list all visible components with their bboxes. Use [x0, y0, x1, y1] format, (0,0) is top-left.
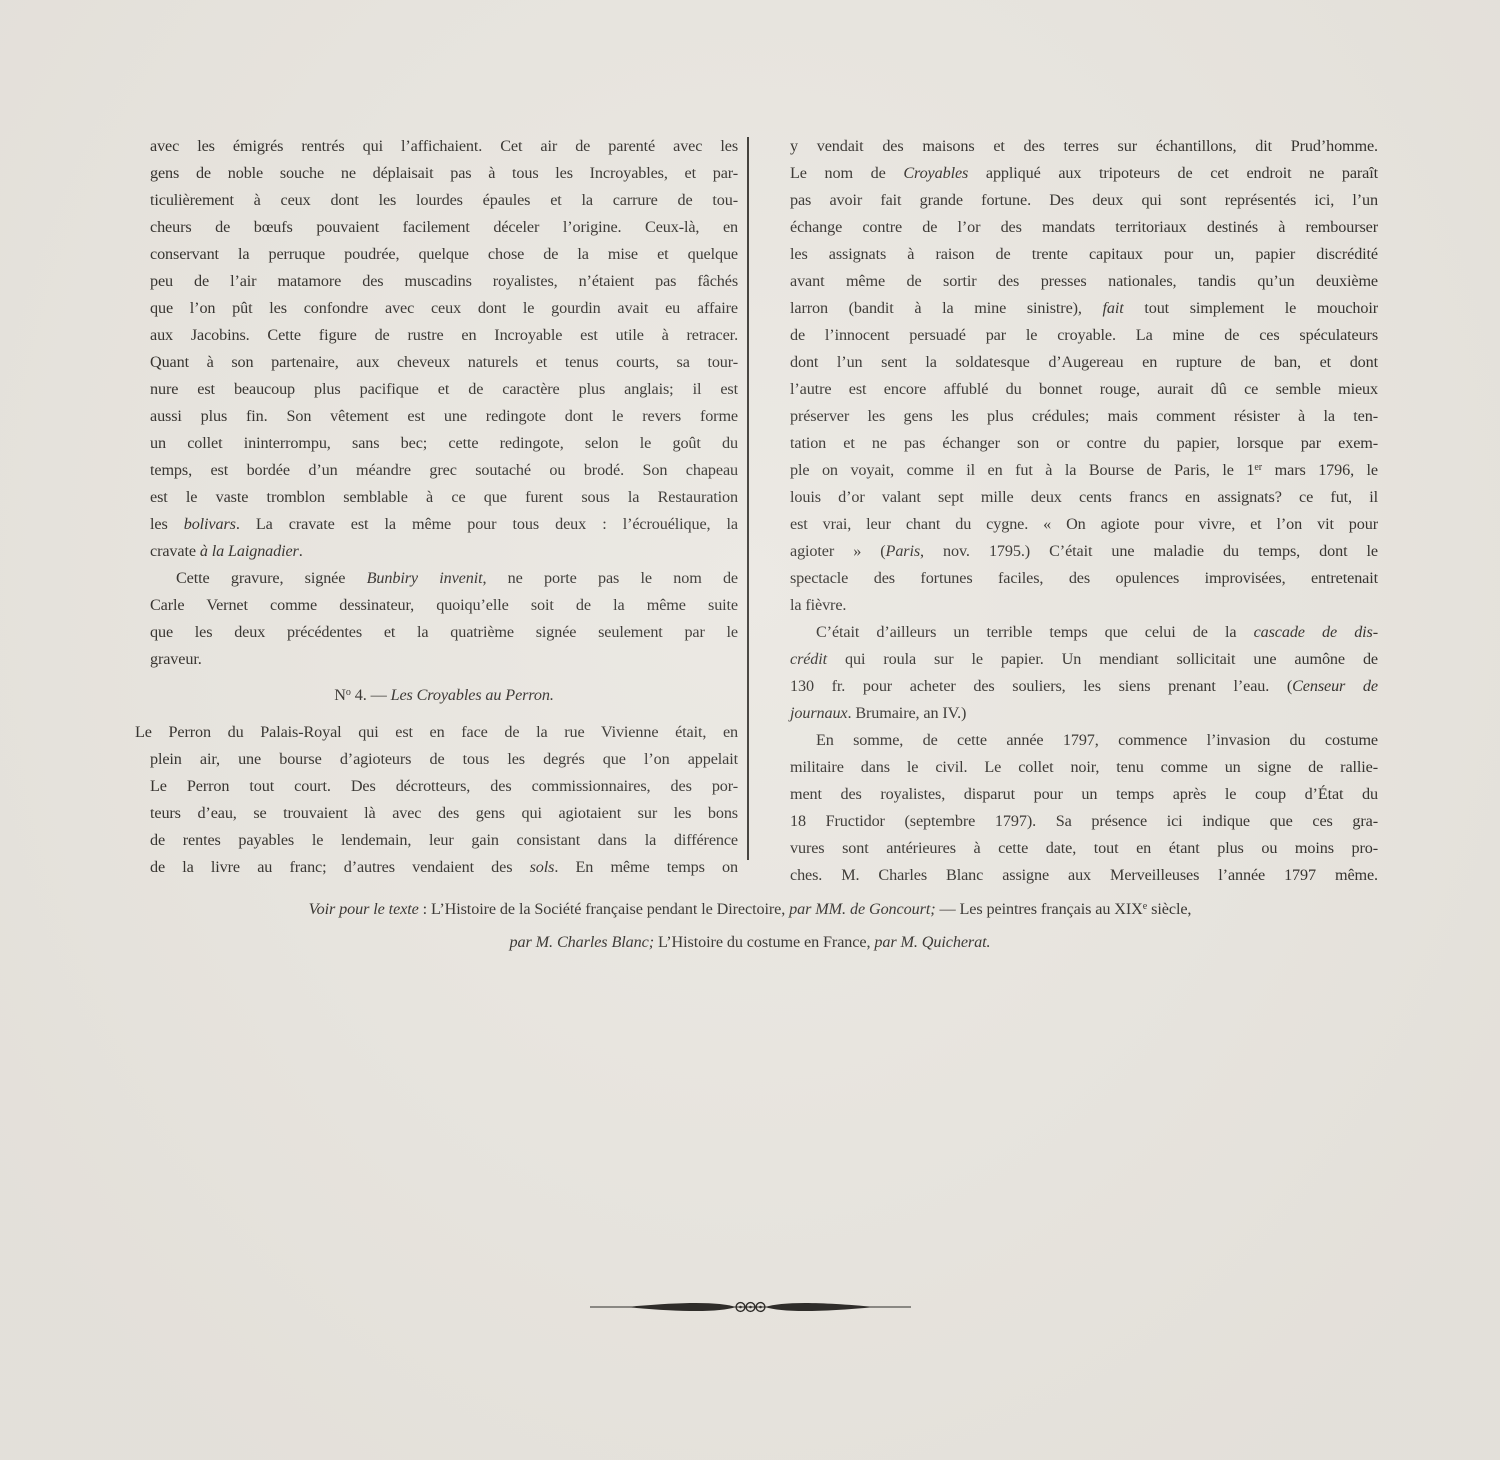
- text-line: tation et ne pas échanger son or contre …: [790, 430, 1378, 457]
- right-text-column: y vendait des maisons et des terres sur …: [790, 133, 1378, 889]
- text-line: vures sont antérieures à cette date, tou…: [790, 835, 1378, 862]
- text-line: ches. M. Charles Blanc assigne aux Merve…: [790, 862, 1378, 889]
- text-line: temps, est bordée d’un méandre grec sout…: [150, 457, 738, 484]
- text-line: de rentes payables le lendemain, leur ga…: [150, 827, 738, 854]
- text-line: louis d’or valant sept mille deux cents …: [790, 484, 1378, 511]
- text-line: nure est beaucoup plus pacifique et de c…: [150, 376, 738, 403]
- bibliography-footnote: Voir pour le texte : L’Histoire de la So…: [150, 893, 1350, 959]
- text-line: préserver les gens les plus crédules; ma…: [790, 403, 1378, 430]
- text-line: C’était d’ailleurs un terrible temps que…: [790, 619, 1378, 646]
- text-line: gens de noble souche ne déplaisait pas à…: [150, 160, 738, 187]
- text-line: cravate à la Laignadier.: [150, 538, 738, 565]
- text-line: que les deux précédentes et la quatrième…: [150, 619, 738, 646]
- text-line: crédit qui roula sur le papier. Un mendi…: [790, 646, 1378, 673]
- text-line: journaux. Brumaire, an IV.): [790, 700, 1378, 727]
- text-line: peu de l’air matamore des muscadins roya…: [150, 268, 738, 295]
- text-line: avant même de sortir des presses nationa…: [790, 268, 1378, 295]
- text-line: agioter » (Paris, nov. 1795.) C’était un…: [790, 538, 1378, 565]
- text-line: y vendait des maisons et des terres sur …: [790, 133, 1378, 160]
- column-divider-rule: [747, 137, 749, 860]
- text-line: 18 Fructidor (septembre 1797). Sa présen…: [790, 808, 1378, 835]
- text-line: est le vaste tromblon semblable à ce que…: [150, 484, 738, 511]
- text-line: plein air, une bourse d’agioteurs de tou…: [150, 746, 738, 773]
- paragraph: En somme, de cette année 1797, commence …: [790, 727, 1378, 889]
- text-line: l’autre est encore affublé du bonnet rou…: [790, 376, 1378, 403]
- continued-paragraph: avec les émigrés rentrés qui l’affichaie…: [150, 133, 738, 565]
- paragraph: C’était d’ailleurs un terrible temps que…: [790, 619, 1378, 727]
- paragraph: Cette gravure, signée Bunbiry invenit, n…: [150, 565, 738, 673]
- text-line: cheurs de bœufs pouvaient facilement déc…: [150, 214, 738, 241]
- text-line: Carle Vernet comme dessinateur, quoiqu’e…: [150, 592, 738, 619]
- text-line: larron (bandit à la mine sinistre), fait…: [790, 295, 1378, 322]
- text-line: conservant la perruque poudrée, quelque …: [150, 241, 738, 268]
- text-line: aux Jacobins. Cette figure de rustre en …: [150, 322, 738, 349]
- text-line: un collet ininterrompu, sans bec; cette …: [150, 430, 738, 457]
- text-line: militaire dans le civil. Le collet noir,…: [790, 754, 1378, 781]
- text-line: Voir pour le texte : L’Histoire de la So…: [150, 893, 1350, 926]
- tailpiece-ornament-icon: [588, 1290, 913, 1324]
- bibliography-note: Voir pour le texte : L’Histoire de la So…: [150, 893, 1350, 959]
- text-line: ment des royalistes, disparut pour un te…: [790, 781, 1378, 808]
- text-line: Le Perron du Palais-Royal qui est en fac…: [135, 719, 738, 746]
- text-line: les bolivars. La cravate est la même pou…: [150, 511, 738, 538]
- text-line: les assignats à raison de trente capitau…: [790, 241, 1378, 268]
- text-line: ple on voyait, comme il en fut à la Bour…: [790, 457, 1378, 484]
- text-line: 130 fr. pour acheter des souliers, les s…: [790, 673, 1378, 700]
- scanned-page: avec les émigrés rentrés qui l’affichaie…: [0, 0, 1500, 1460]
- plate-heading: No 4. — Les Croyables au Perron.: [150, 682, 738, 709]
- text-line: échange contre de l’or des mandats terri…: [790, 214, 1378, 241]
- text-line: dont l’un sent la soldatesque d’Augereau…: [790, 349, 1378, 376]
- text-line: ticulièrement à ceux dont les lourdes ép…: [150, 187, 738, 214]
- text-line: avec les émigrés rentrés qui l’affichaie…: [150, 133, 738, 160]
- text-line: Quant à son partenaire, aux cheveux natu…: [150, 349, 738, 376]
- text-line: par M. Charles Blanc; L’Histoire du cost…: [150, 926, 1350, 959]
- text-line: Le nom de Croyables appliqué aux tripote…: [790, 160, 1378, 187]
- text-line: de l’innocent persuadé par le croyable. …: [790, 322, 1378, 349]
- text-line: aussi plus fin. Son vêtement est une red…: [150, 403, 738, 430]
- text-line: de la livre au franc; d’autres vendaient…: [150, 854, 738, 881]
- text-line: spectacle des fortunes faciles, des opul…: [790, 565, 1378, 592]
- text-line: que l’on pût les confondre avec ceux don…: [150, 295, 738, 322]
- text-line: No 4. — Les Croyables au Perron.: [150, 682, 738, 709]
- entry-paragraph: Le Perron du Palais-Royal qui est en fac…: [150, 719, 738, 881]
- text-line: pas avoir fait grande fortune. Des deux …: [790, 187, 1378, 214]
- text-line: graveur.: [150, 646, 738, 673]
- left-text-column: avec les émigrés rentrés qui l’affichaie…: [150, 133, 738, 881]
- text-line: Cette gravure, signée Bunbiry invenit, n…: [150, 565, 738, 592]
- text-line: Le Perron tout court. Des décrotteurs, d…: [150, 773, 738, 800]
- text-line: En somme, de cette année 1797, commence …: [790, 727, 1378, 754]
- text-line: est vrai, leur chant du cygne. « On agio…: [790, 511, 1378, 538]
- continued-paragraph: y vendait des maisons et des terres sur …: [790, 133, 1378, 619]
- text-line: teurs d’eau, se trouvaient là avec des g…: [150, 800, 738, 827]
- text-line: la fièvre.: [790, 592, 1378, 619]
